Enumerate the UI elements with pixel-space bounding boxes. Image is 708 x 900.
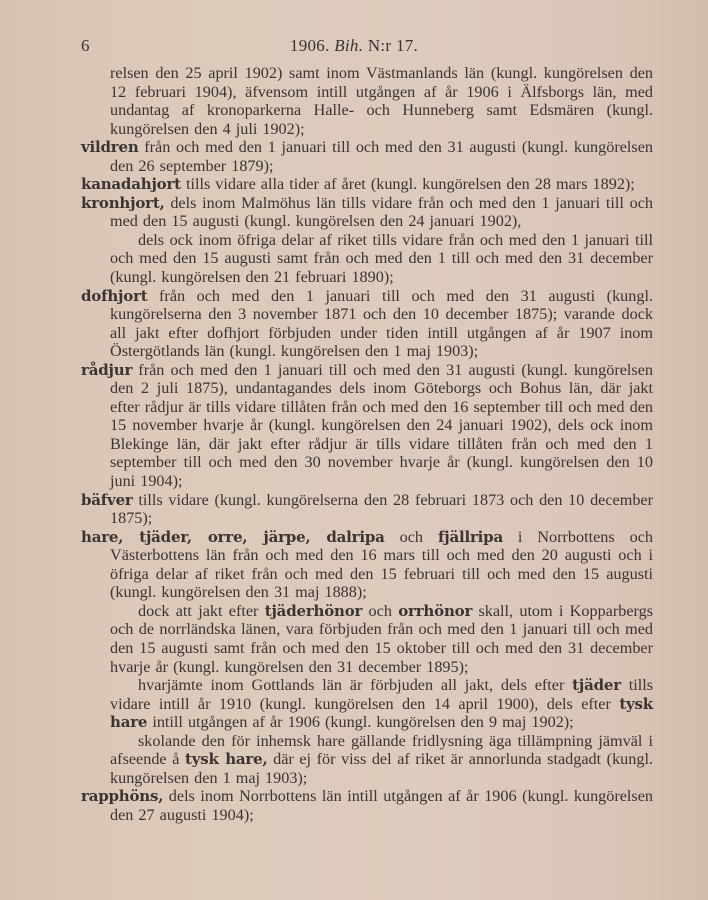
species-term: bäfver [81, 491, 133, 509]
regulation-entry: vildren från och med den 1 januari till … [81, 138, 653, 175]
paragraph-text: dels inom Norrbottens län intill utgånge… [110, 787, 653, 824]
regulation-continuation: dels ock inom öfriga delar af riket till… [81, 231, 653, 287]
regulation-continuation: dock att jakt efter tjäderhönor och orrh… [81, 602, 653, 676]
species-term: orrhönor [398, 602, 472, 620]
regulation-entry: kronhjort, dels inom Malmöhus län tills … [81, 194, 653, 231]
species-term: hare, tjäder, orre, järpe, dalripa [81, 528, 385, 546]
regulation-entry: hare, tjäder, orre, järpe, dalripa och f… [81, 528, 653, 602]
paragraph-text: hvarjämte inom Gottlands län är förbjude… [138, 676, 572, 694]
paragraph-text: dock att jakt efter [138, 602, 265, 620]
paragraph-text: tills vidare alla tider af året (kungl. … [181, 175, 635, 193]
species-term: tjäderhönor [265, 602, 363, 620]
species-term: dofhjort [81, 287, 148, 305]
species-term: rådjur [81, 361, 132, 379]
species-term: kronhjort, [81, 194, 165, 212]
running-header: 1906. Bih. N:r 17. [0, 36, 708, 56]
paragraph-text: och [362, 602, 398, 620]
species-term: fjällripa [438, 528, 503, 546]
species-term: rapphöns, [81, 787, 163, 805]
paragraph-text: och [385, 528, 438, 546]
header-number: N:r 17. [368, 36, 418, 55]
paragraph-text: intill utgången af år 1906 (kungl. kungö… [147, 713, 573, 731]
paragraph-text: dels ock inom öfriga delar af riket till… [110, 231, 653, 286]
paragraph-text: tills vidare (kungl. kungörelserna den 2… [110, 491, 653, 528]
paragraph-text: dels inom Malmöhus län tills vidare från… [110, 194, 653, 231]
body-text: relsen den 25 april 1902) samt inom Väst… [81, 64, 653, 824]
header-series: Bih. [334, 36, 363, 55]
regulation-entry: kanadahjort tills vidare alla tider af å… [81, 175, 653, 194]
regulation-entry: rådjur från och med den 1 januari till o… [81, 361, 653, 491]
regulation-entry: rapphöns, dels inom Norrbottens län inti… [81, 787, 653, 824]
header-year: 1906. [290, 36, 330, 55]
paragraph-text: från och med den 1 januari till och med … [110, 287, 653, 361]
species-term: kanadahjort [81, 175, 181, 193]
species-term: tysk hare, [185, 750, 268, 768]
paragraph-text: från och med den 1 januari till och med … [110, 361, 653, 490]
species-term: tjäder [572, 676, 621, 694]
regulation-entry: dofhjort från och med den 1 januari till… [81, 287, 653, 361]
regulation-continuation: hvarjämte inom Gottlands län är förbjude… [81, 676, 653, 732]
species-term: vildren [81, 138, 139, 156]
regulation-entry: bäfver tills vidare (kungl. kungörelsern… [81, 491, 653, 528]
regulation-continuation: skolande den för inhemsk hare gällande f… [81, 732, 653, 788]
regulation-continuation: relsen den 25 april 1902) samt inom Väst… [81, 64, 653, 138]
paragraph-text: från och med den 1 januari till och med … [110, 138, 653, 175]
paragraph-text: relsen den 25 april 1902) samt inom Väst… [110, 64, 653, 138]
